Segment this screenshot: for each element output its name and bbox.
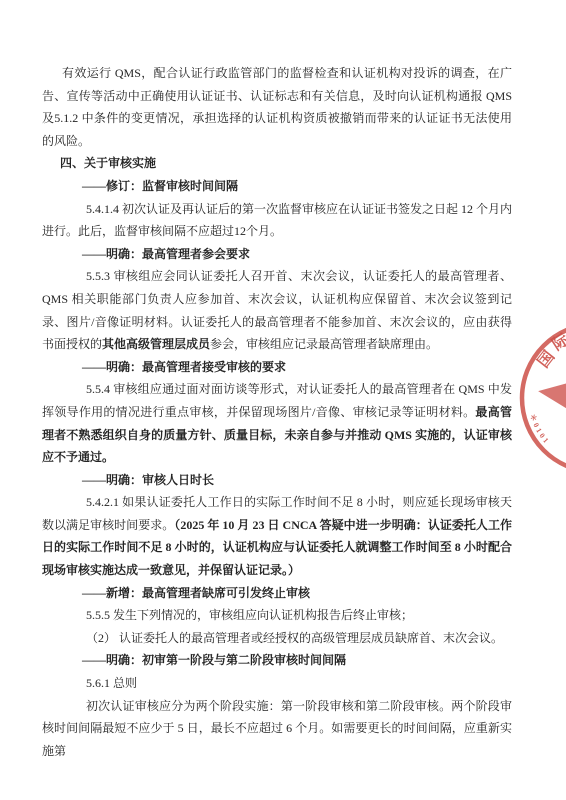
subheading-revision-surveillance-interval: ——修订：监督审核时间间隔 <box>42 175 512 198</box>
section-heading-audit-implementation: 四、关于审核实施 <box>42 152 512 175</box>
text-run: （2） 认证委托人的最高管理者或经授权的高级管理层成员缺席首、末次会议。 <box>86 631 503 645</box>
seal-serial-text: ＊0101 <box>528 413 552 447</box>
paragraph-5-6-1: 5.6.1 总则 <box>42 672 512 695</box>
paragraph-5-5-4: 5.5.4 审核组应通过面对面访谈等形式，对认证委托人的最高管理者在 QMS 中… <box>42 378 512 468</box>
text-run-bold: 其他高级管理层成员 <box>102 337 210 351</box>
paragraph-5-5-3: 5.5.3 审核组应会同认证委托人召开首、末次会议，认证委托人的最高管理者、QM… <box>42 265 512 355</box>
subheading-clarify-audit-manday: ——明确：审核人日时长 <box>42 469 512 492</box>
seal-ring <box>522 324 566 472</box>
text-run: 5.4.1.4 初次认证及再认证后的第一次监督审核应在认证证书签发之日起 12 … <box>42 202 512 239</box>
text-run: 四、关于审核实施 <box>60 156 156 170</box>
text-run: 有效运行 QMS，配合认证行政监管部门的监督检查和认证机构对投诉的调查，在广告、… <box>42 66 512 148</box>
paragraph-5-5-5: 5.5.5 发生下列情况的，审核组应向认证机构报告后终止审核； <box>42 604 512 627</box>
subheading-clarify-top-management-audit: ——明确：最高管理者接受审核的要求 <box>42 356 512 379</box>
text-run: 5.6.1 总则 <box>86 676 137 690</box>
seal-arc-text-char2: 际 <box>548 329 566 354</box>
text-run: ——明确：最高管理者接受审核的要求 <box>82 360 286 374</box>
text-run: 参会，审核组应记录最高管理者缺席理由。 <box>210 337 438 351</box>
subheading-clarify-stage-interval: ——明确：初审第一阶段与第二阶段审核时间间隔 <box>42 649 512 672</box>
text-run: ——明确：初审第一阶段与第二阶段审核时间间隔 <box>82 653 346 667</box>
text-run: ——明确：最高管理者参会要求 <box>82 247 250 261</box>
text-run: ——修订：监督审核时间间隔 <box>82 179 238 193</box>
text-run: ——明确：审核人日时长 <box>82 473 214 487</box>
seal-serial: ＊0101 <box>528 413 552 447</box>
star-icon <box>529 328 566 467</box>
text-run: 5.5.5 发生下列情况的，审核组应向认证机构报告后终止审核； <box>86 608 413 622</box>
text-run: 初次认证审核应分为两个阶段实施：第一阶段审核和第二阶段审核。两个阶段审核时间间隔… <box>42 699 512 758</box>
paragraph-item-2: （2） 认证委托人的最高管理者或经授权的高级管理层成员缺席首、末次会议。 <box>42 627 512 650</box>
subheading-clarify-top-management-attendance: ——明确：最高管理者参会要求 <box>42 243 512 266</box>
subheading-new-termination: ——新增：最高管理者缺席可引发终止审核 <box>42 582 512 605</box>
document-page: 有效运行 QMS，配合认证行政监管部门的监督检查和认证机构对投诉的调查，在广告、… <box>0 0 566 800</box>
paragraph-5-4-2-1: 5.4.2.1 如果认证委托人工作日的实际工作时间不足 8 小时，则应延长现场审… <box>42 491 512 581</box>
text-run: 5.5.4 审核组应通过面对面访谈等形式，对认证委托人的最高管理者在 QMS 中… <box>42 382 512 419</box>
paragraph-5-4-1-4: 5.4.1.4 初次认证及再认证后的第一次监督审核应在认证证书签发之日起 12 … <box>42 198 512 243</box>
text-run: ——新增：最高管理者缺席可引发终止审核 <box>82 586 310 600</box>
seal-arc-text-char1: 国 <box>533 347 558 371</box>
paragraph-initial-audit-stages: 初次认证审核应分为两个阶段实施：第一阶段审核和第二阶段审核。两个阶段审核时间间隔… <box>42 695 512 763</box>
paragraph-certificate-obligations: 有效运行 QMS，配合认证行政监管部门的监督检查和认证机构对投诉的调查，在广告、… <box>42 62 512 152</box>
